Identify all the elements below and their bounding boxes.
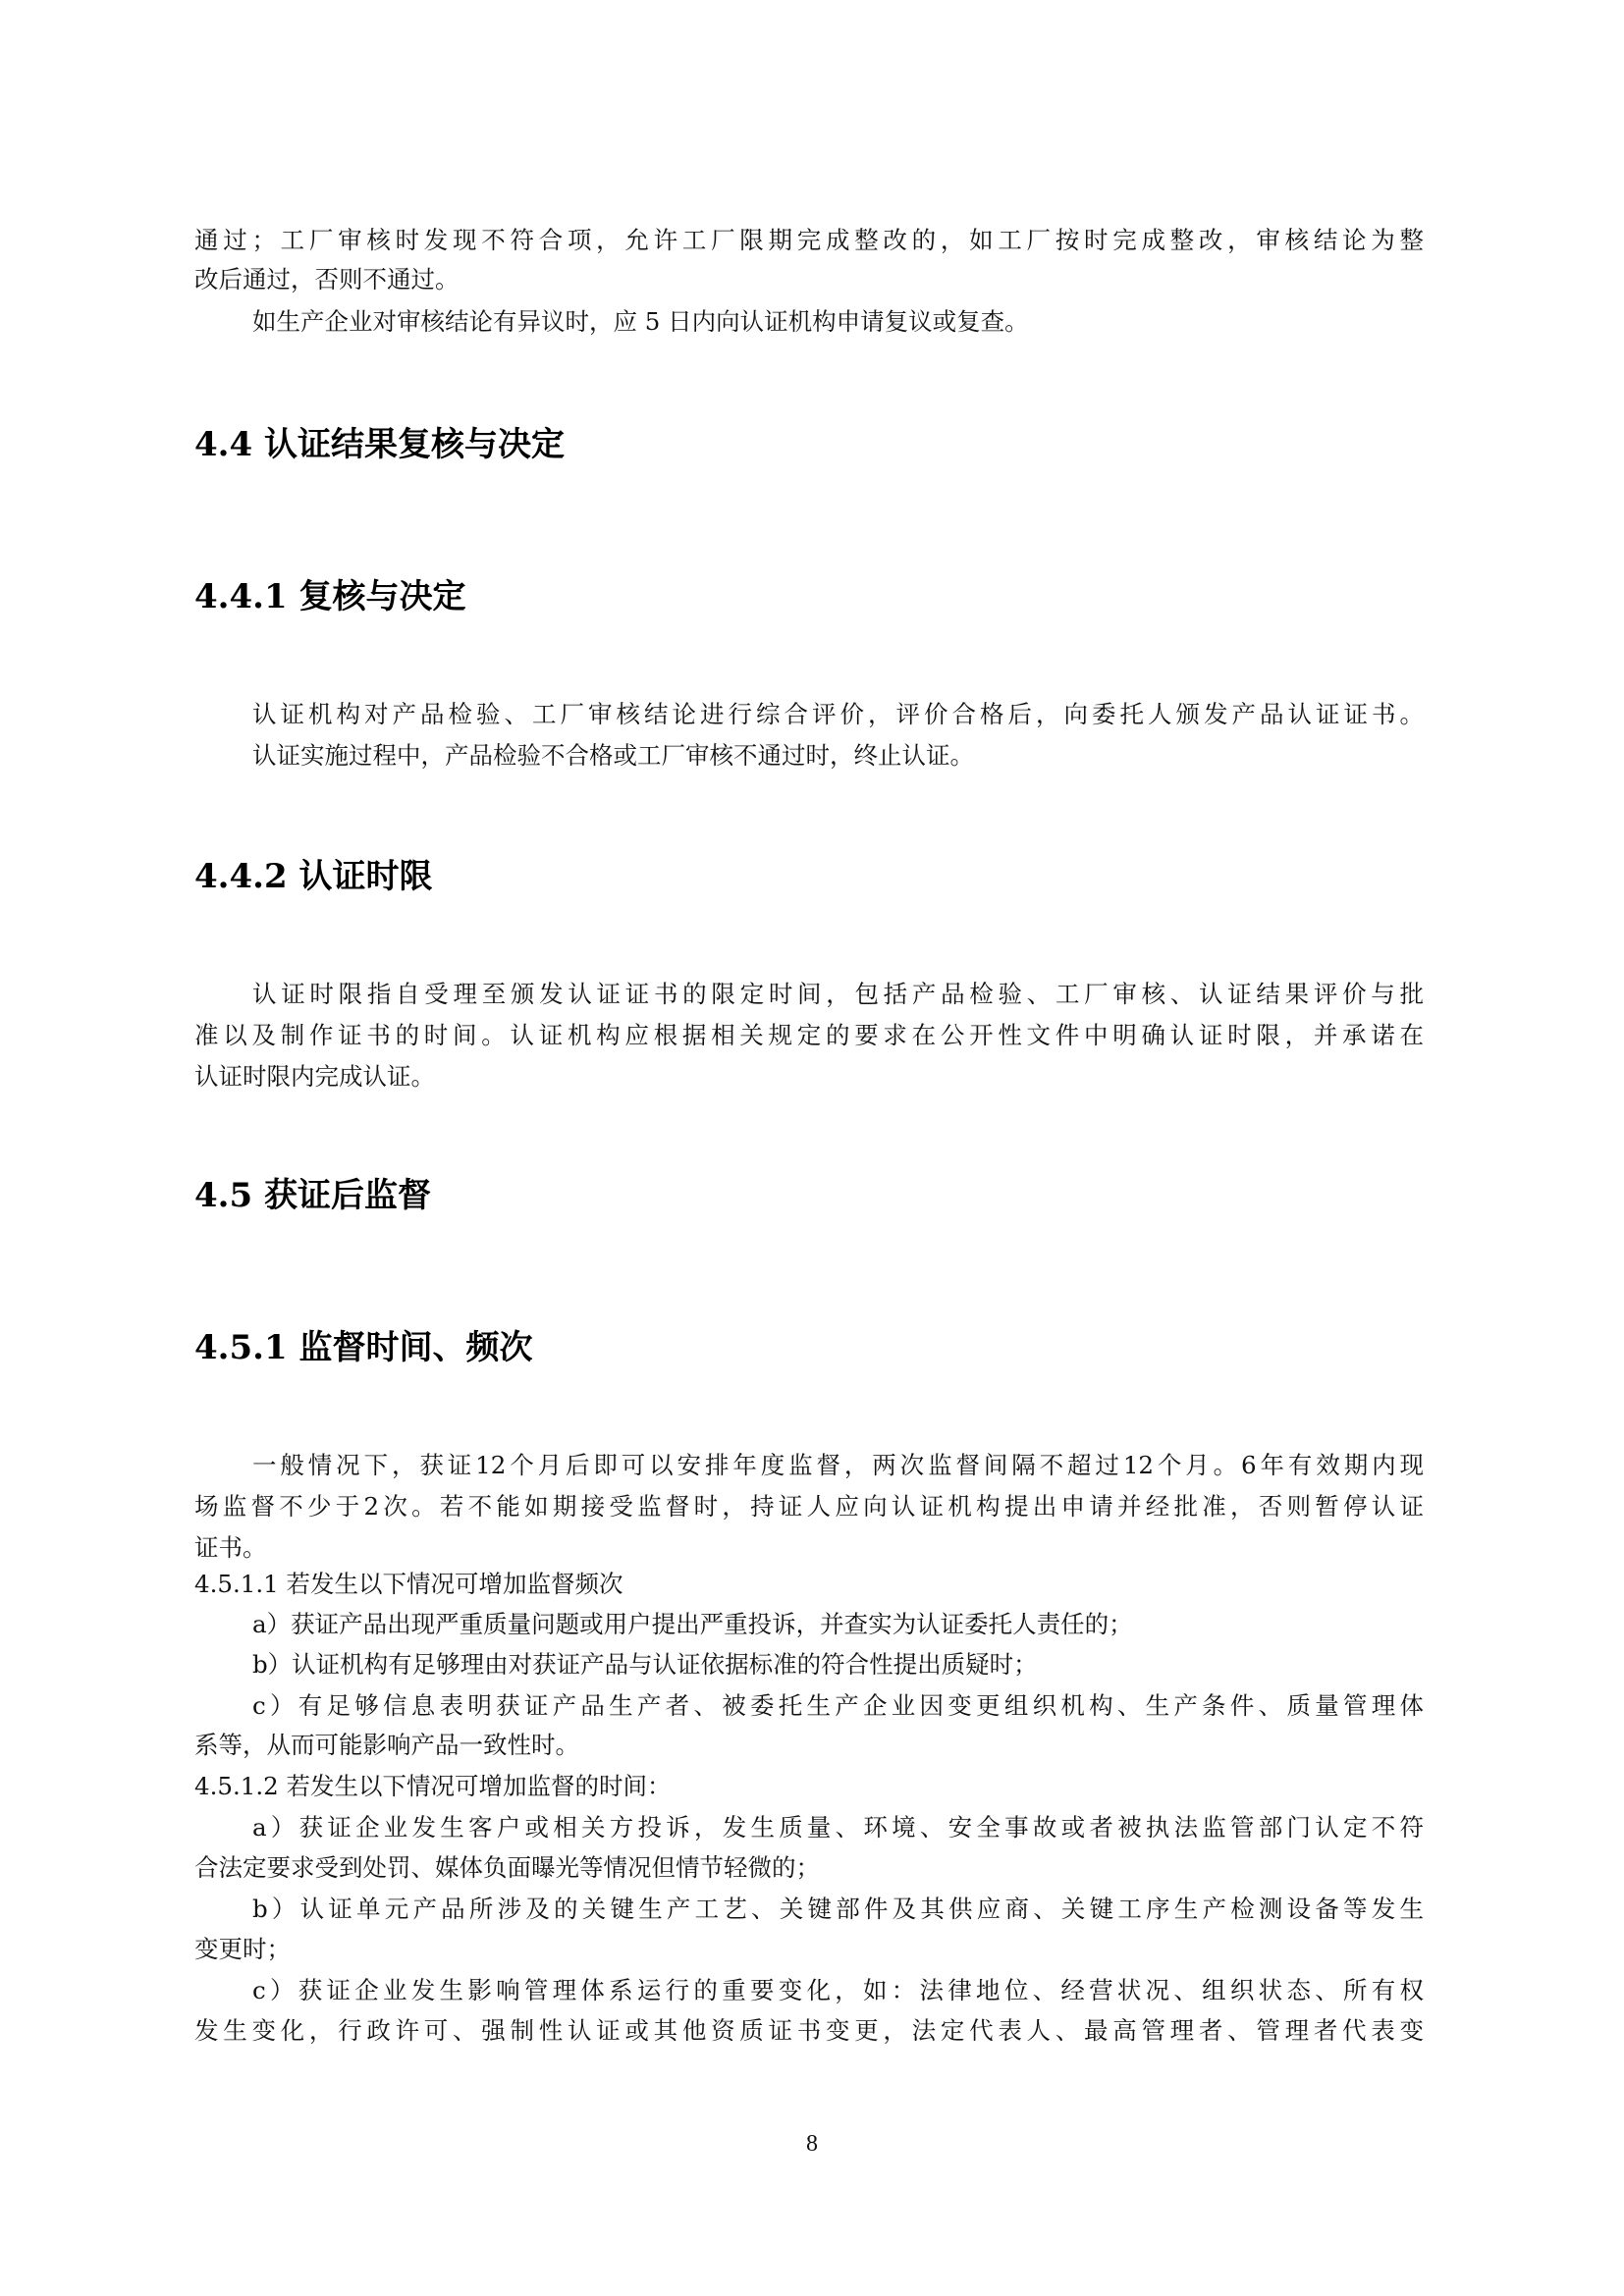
paragraph-line: 准以及制作证书的时间。认证机构应根据相关规定的要求在公开性文件中明确认证时限，并…	[194, 1021, 1424, 1050]
section-heading-4-4-2: 4.4.2 认证时限	[194, 855, 432, 898]
list-item-b-cont: 变更时；	[194, 1935, 1424, 1964]
list-item-a: a）获证企业发生客户或相关方投诉，发生质量、环境、安全事故或者被执法监管部门认定…	[252, 1813, 1424, 1842]
paragraph-line: 证书。	[194, 1533, 1424, 1563]
document-page: 通过；工厂审核时发现不符合项，允许工厂限期完成整改的，如工厂按时完成整改，审核结…	[0, 0, 1624, 2296]
list-item-b: b）认证机构有足够理由对获证产品与认证依据标准的符合性提出质疑时；	[252, 1650, 1424, 1680]
list-item-c: c）有足够信息表明获证产品生产者、被委托生产企业因变更组织机构、生产条件、质量管…	[252, 1691, 1424, 1721]
list-item-c-cont: 发生变化，行政许可、强制性认证或其他资质证书变更，法定代表人、最高管理者、管理者…	[194, 2016, 1424, 2046]
paragraph-line: 改后通过，否则不通过。	[194, 265, 1424, 294]
section-heading-4-5-1: 4.5.1 监督时间、频次	[194, 1326, 532, 1369]
paragraph-line: 认证机构对产品检验、工厂审核结论进行综合评价，评价合格后，向委托人颁发产品认证证…	[252, 700, 1424, 729]
list-item-a: a）获证产品出现严重质量问题或用户提出严重投诉，并查实为认证委托人责任的；	[252, 1610, 1424, 1639]
section-heading-4-4-1: 4.4.1 复核与决定	[194, 575, 465, 618]
paragraph-line: 一般情况下，获证12个月后即可以安排年度监督，两次监督间隔不超过12个月。6年有…	[252, 1451, 1424, 1480]
paragraph-line: 认证时限指自受理至颁发认证证书的限定时间，包括产品检验、工厂审核、认证结果评价与…	[252, 980, 1424, 1009]
page-number: 8	[0, 2131, 1624, 2158]
list-item-a-cont: 合法定要求受到处罚、媒体负面曝光等情况但情节轻微的；	[194, 1853, 1424, 1883]
paragraph-line: 认证时限内完成认证。	[194, 1062, 1424, 1092]
section-heading-4-4: 4.4 认证结果复核与决定	[194, 423, 565, 466]
list-item-c-cont: 系等，从而可能影响产品一致性时。	[194, 1731, 1424, 1760]
paragraph-line: 通过；工厂审核时发现不符合项，允许工厂限期完成整改的，如工厂按时完成整改，审核结…	[194, 226, 1424, 255]
section-heading-4-5: 4.5 获证后监督	[194, 1174, 431, 1217]
list-item-b: b）认证单元产品所涉及的关键生产工艺、关键部件及其供应商、关键工序生产检测设备等…	[252, 1895, 1424, 1924]
paragraph-line: 如生产企业对审核结论有异议时，应 5 日内向认证机构申请复议或复查。	[252, 307, 1424, 337]
list-item-c: c）获证企业发生影响管理体系运行的重要变化，如：法律地位、经营状况、组织状态、所…	[252, 1976, 1424, 2005]
clause-4-5-1-1: 4.5.1.1 若发生以下情况可增加监督频次	[194, 1570, 1424, 1599]
paragraph-line: 场监督不少于2次。若不能如期接受监督时，持证人应向认证机构提出申请并经批准，否则…	[194, 1492, 1424, 1522]
clause-4-5-1-2: 4.5.1.2 若发生以下情况可增加监督的时间：	[194, 1772, 1424, 1801]
paragraph-line: 认证实施过程中，产品检验不合格或工厂审核不通过时，终止认证。	[252, 741, 1424, 771]
